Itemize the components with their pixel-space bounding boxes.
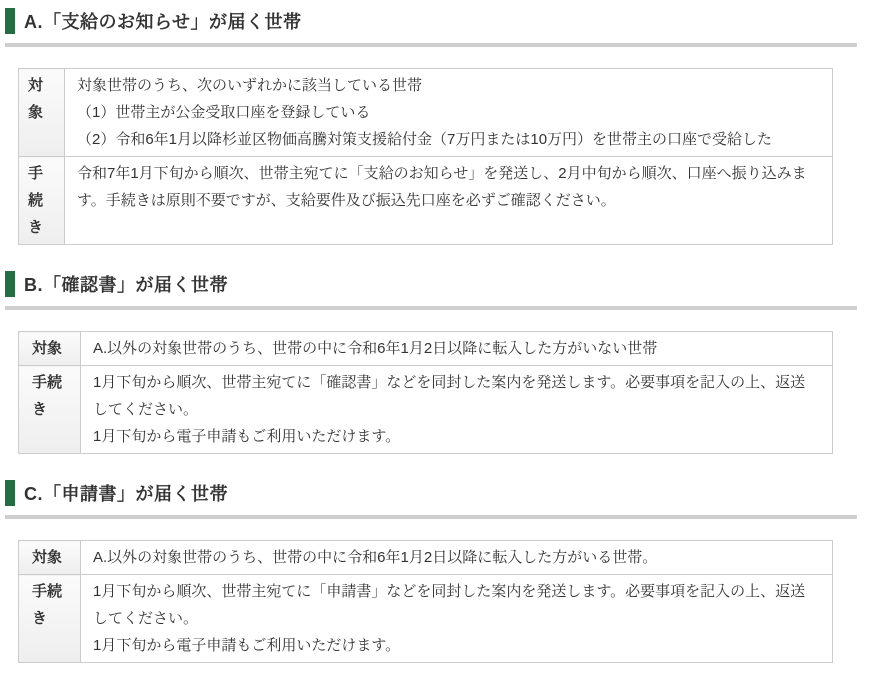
procedure-line: 1月下旬から電子申請もご利用いただけます。 [93,423,820,450]
procedure-line: 1月下旬から電子申請もご利用いただけます。 [93,632,820,659]
section-a-heading: A.「支給のお知らせ」が届く世帯 [5,8,857,47]
row-header-procedure: 手続き [19,366,81,454]
target-line: （2）令和6年1月以降杉並区物価高騰対策支援給付金（7万円または10万円）を世帯… [77,126,820,153]
table-row-procedure: 手続き 1月下旬から順次、世帯主宛てに「申請書」などを同封した案内を発送します。… [19,575,833,663]
procedure-line: 1月下旬から順次、世帯主宛てに「確認書」などを同封した案内を発送します。必要事項… [93,369,820,423]
section-b-table: 対象 A.以外の対象世帯のうち、世帯の中に令和6年1月2日以降に転入した方がいな… [18,331,833,454]
row-content-procedure: 1月下旬から順次、世帯主宛てに「申請書」などを同封した案内を発送します。必要事項… [81,575,833,663]
table-row-procedure: 手続き 1月下旬から順次、世帯主宛てに「確認書」などを同封した案内を発送します。… [19,366,833,454]
row-content-procedure: 令和7年1月下旬から順次、世帯主宛てに「支給のお知らせ」を発送し、2月中旬から順… [65,157,833,245]
section-c-heading: C.「申請書」が届く世帯 [5,480,857,519]
notice-page: A.「支給のお知らせ」が届く世帯 対象 対象世帯のうち、次のいずれかに該当してい… [0,0,857,699]
row-header-target: 対象 [19,541,81,575]
procedure-line: 令和7年1月下旬から順次、世帯主宛てに「支給のお知らせ」を発送し、2月中旬から順… [77,160,820,214]
section-c: C.「申請書」が届く世帯 対象 A.以外の対象世帯のうち、世帯の中に令和6年1月… [5,480,857,663]
row-header-procedure: 手続き [19,157,65,245]
section-c-title: C.「申請書」が届く世帯 [24,480,228,506]
table-row-target: 対象 A.以外の対象世帯のうち、世帯の中に令和6年1月2日以降に転入した方がいな… [19,332,833,366]
heading-accent-bar-icon [5,480,15,506]
row-content-target: A.以外の対象世帯のうち、世帯の中に令和6年1月2日以降に転入した方がいない世帯 [81,332,833,366]
heading-accent-bar-icon [5,8,15,34]
target-line: 対象世帯のうち、次のいずれかに該当している世帯 [77,72,820,99]
row-content-target: 対象世帯のうち、次のいずれかに該当している世帯 （1）世帯主が公金受取口座を登録… [65,69,833,157]
target-line: A.以外の対象世帯のうち、世帯の中に令和6年1月2日以降に転入した方がいる世帯。 [93,544,820,571]
table-row-target: 対象 A.以外の対象世帯のうち、世帯の中に令和6年1月2日以降に転入した方がいる… [19,541,833,575]
heading-accent-bar-icon [5,271,15,297]
table-row-procedure: 手続き 令和7年1月下旬から順次、世帯主宛てに「支給のお知らせ」を発送し、2月中… [19,157,833,245]
section-a: A.「支給のお知らせ」が届く世帯 対象 対象世帯のうち、次のいずれかに該当してい… [5,8,857,245]
row-content-procedure: 1月下旬から順次、世帯主宛てに「確認書」などを同封した案内を発送します。必要事項… [81,366,833,454]
section-c-table: 対象 A.以外の対象世帯のうち、世帯の中に令和6年1月2日以降に転入した方がいる… [18,540,833,663]
target-line: （1）世帯主が公金受取口座を登録している [77,99,820,126]
procedure-line: 1月下旬から順次、世帯主宛てに「申請書」などを同封した案内を発送します。必要事項… [93,578,820,632]
section-b: B.「確認書」が届く世帯 対象 A.以外の対象世帯のうち、世帯の中に令和6年1月… [5,271,857,454]
row-header-target: 対象 [19,332,81,366]
row-header-target: 対象 [19,69,65,157]
section-b-heading: B.「確認書」が届く世帯 [5,271,857,310]
row-content-target: A.以外の対象世帯のうち、世帯の中に令和6年1月2日以降に転入した方がいる世帯。 [81,541,833,575]
table-row-target: 対象 対象世帯のうち、次のいずれかに該当している世帯 （1）世帯主が公金受取口座… [19,69,833,157]
section-a-title: A.「支給のお知らせ」が届く世帯 [24,8,301,34]
section-b-title: B.「確認書」が届く世帯 [24,271,228,297]
target-line: A.以外の対象世帯のうち、世帯の中に令和6年1月2日以降に転入した方がいない世帯 [93,335,820,362]
section-a-table: 対象 対象世帯のうち、次のいずれかに該当している世帯 （1）世帯主が公金受取口座… [18,68,833,245]
row-header-procedure: 手続き [19,575,81,663]
